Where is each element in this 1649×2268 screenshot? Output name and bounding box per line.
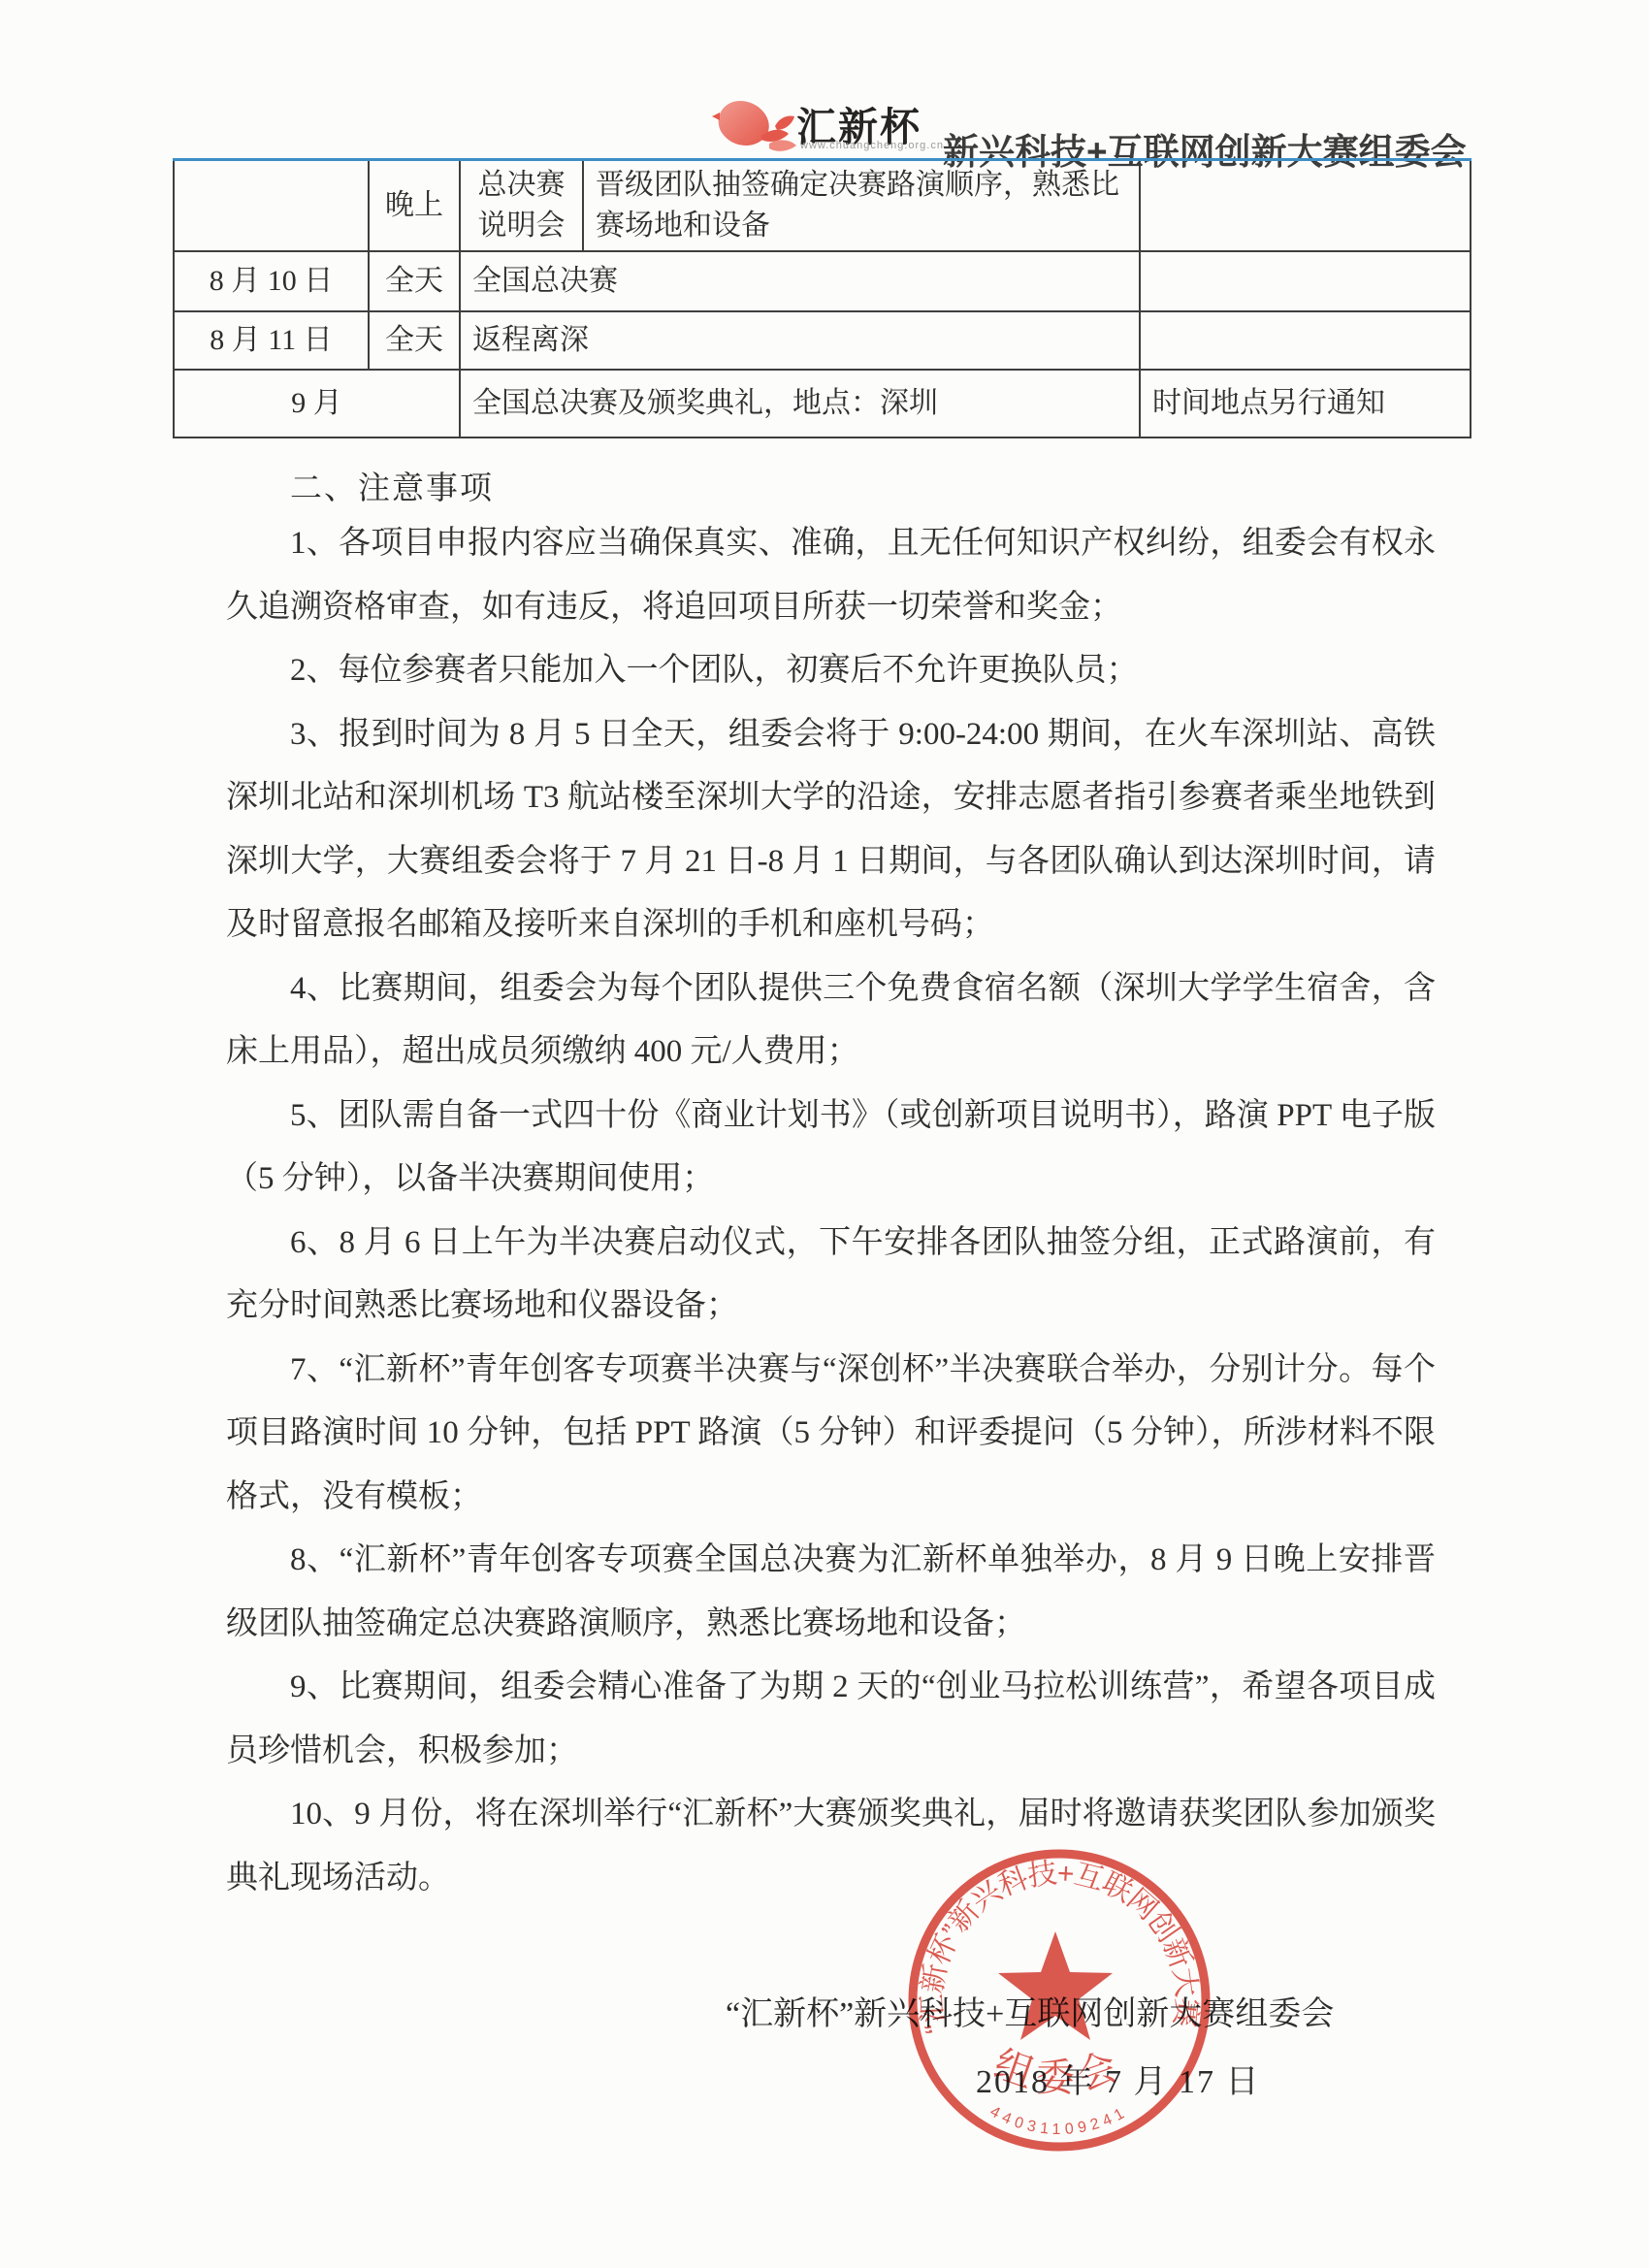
letterhead-logo: 汇新杯 www.chuangcheng.org.cn — [711, 97, 954, 157]
notice-item: 9、比赛期间，组委会精心准备了为期 2 天的“创业马拉松训练营”，希望各项目成员… — [226, 1656, 1436, 1783]
schedule-cell-date — [174, 160, 369, 252]
seal-serial: 44031109241 — [987, 2103, 1132, 2138]
document-page: 汇新杯 www.chuangcheng.org.cn 新兴科技+互联网创新大赛组… — [0, 0, 1649, 2268]
svg-text:44031109241: 44031109241 — [987, 2103, 1132, 2138]
schedule-cell-date: 8 月 11 日 — [174, 311, 369, 370]
notice-item: 7、“汇新杯”青年创客专项赛半决赛与“深创杯”半决赛联合举办，分别计分。每个项目… — [226, 1339, 1436, 1530]
schedule-cell-note — [1140, 311, 1471, 370]
notice-item: 10、9 月份，将在深圳举行“汇新杯”大赛颁奖典礼，届时将邀请获奖团队参加颁奖典… — [226, 1783, 1436, 1910]
section-title: 二、注意事项 — [290, 463, 494, 508]
schedule-cell-time: 全天 — [369, 251, 460, 311]
notice-item: 6、8 月 6 日上午为半决赛启动仪式，下午安排各团队抽签分组，正式路演前，有充… — [226, 1212, 1436, 1339]
schedule-row: 8 月 10 日全天全国总决赛 — [174, 251, 1471, 311]
schedule-cell-desc: 返程离深 — [460, 311, 1140, 370]
schedule-cell-desc: 晋级团队抽签确定决赛路演顺序，熟悉比赛场地和设备 — [583, 160, 1140, 252]
notice-item: 5、团队需自备一式四十份《商业计划书》（或创新项目说明书），路演 PPT 电子版… — [226, 1085, 1436, 1212]
notice-item: 8、“汇新杯”青年创客专项赛全国总决赛为汇新杯单独举办，8 月 9 日晚上安排晋… — [226, 1529, 1436, 1656]
schedule-table-body: 晚上总决赛说明会晋级团队抽签确定决赛路演顺序，熟悉比赛场地和设备8 月 10 日… — [174, 160, 1471, 438]
signature-date: 2018 年 7 月 17 日 — [976, 2055, 1261, 2102]
schedule-cell-date: 9 月 — [174, 370, 460, 437]
schedule-row: 8 月 11 日全天返程离深 — [174, 311, 1471, 370]
schedule-cell-time: 晚上 — [369, 160, 460, 252]
notice-item: 3、报到时间为 8 月 5 日全天，组委会将于 9:00-24:00 期间，在火… — [226, 703, 1436, 957]
schedule-section: 晚上总决赛说明会晋级团队抽签确定决赛路演顺序，熟悉比赛场地和设备8 月 10 日… — [173, 158, 1471, 438]
notice-item: 1、各项目申报内容应当确保真实、准确，且无任何知识产权纠纷，组委会有权永久追溯资… — [226, 512, 1436, 639]
schedule-cell-note — [1140, 251, 1471, 311]
schedule-table: 晚上总决赛说明会晋级团队抽签确定决赛路演顺序，熟悉比赛场地和设备8 月 10 日… — [173, 158, 1471, 438]
schedule-cell-time: 全天 — [369, 311, 460, 370]
schedule-row: 晚上总决赛说明会晋级团队抽签确定决赛路演顺序，熟悉比赛场地和设备 — [174, 160, 1471, 252]
schedule-cell-note — [1140, 160, 1471, 252]
schedule-cell-date: 8 月 10 日 — [174, 251, 369, 311]
signature-org: “汇新杯”新兴科技+互联网创新大赛组委会 — [726, 1987, 1334, 2034]
brand-url: www.chuangcheng.org.cn — [800, 140, 944, 151]
notice-item: 4、比赛期间，组委会为每个团队提供三个免费食宿名额（深圳大学学生宿舍，含床上用品… — [226, 957, 1436, 1085]
schedule-cell-event: 总决赛说明会 — [460, 160, 583, 252]
schedule-cell-note: 时间地点另行通知 — [1140, 370, 1471, 437]
notes-list: 1、各项目申报内容应当确保真实、准确，且无任何知识产权纠纷，组委会有权永久追溯资… — [226, 512, 1436, 1910]
logo-bird-icon — [711, 99, 806, 153]
schedule-cell-desc: 全国总决赛 — [460, 251, 1140, 311]
schedule-row: 9 月全国总决赛及颁奖典礼，地点：深圳时间地点另行通知 — [174, 370, 1471, 437]
notice-item: 2、每位参赛者只能加入一个团队，初赛后不允许更换队员； — [226, 639, 1436, 703]
schedule-cell-desc: 全国总决赛及颁奖典礼，地点：深圳 — [460, 370, 1140, 437]
